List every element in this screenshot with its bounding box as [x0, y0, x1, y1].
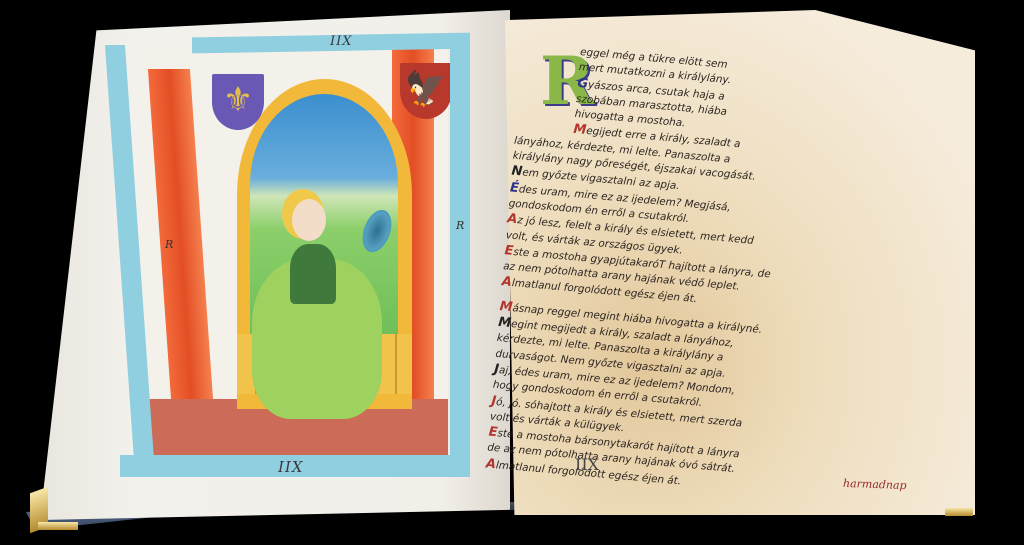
footer-word: harmadnap	[843, 477, 907, 492]
side-mark-left: R	[165, 238, 173, 251]
eagle-shield-icon: 🦅	[400, 63, 452, 119]
illumination: ⚜ 🦅 IIX IIX R R	[120, 35, 470, 475]
right-border	[450, 35, 470, 475]
princess-torso	[290, 244, 336, 304]
gold-corner	[38, 522, 78, 530]
manuscript-text: eggel még a tükre elött semmert mutatkoz…	[485, 40, 862, 502]
illustration-scene: ⚜ 🦅	[142, 49, 448, 455]
fleur-de-lis-shield-icon: ⚜	[212, 74, 264, 130]
princess-head	[292, 199, 326, 241]
page-numeral: IIX	[575, 455, 599, 474]
open-book: ⚜ 🦅 IIX IIX R R R eggel még a tükre elöt…	[0, 0, 1024, 545]
bottom-numeral: IIX	[278, 458, 304, 476]
side-mark-right: R	[456, 219, 464, 232]
top-numeral: IIX	[330, 34, 353, 49]
gold-corner	[945, 508, 973, 516]
left-curtain	[148, 69, 214, 414]
